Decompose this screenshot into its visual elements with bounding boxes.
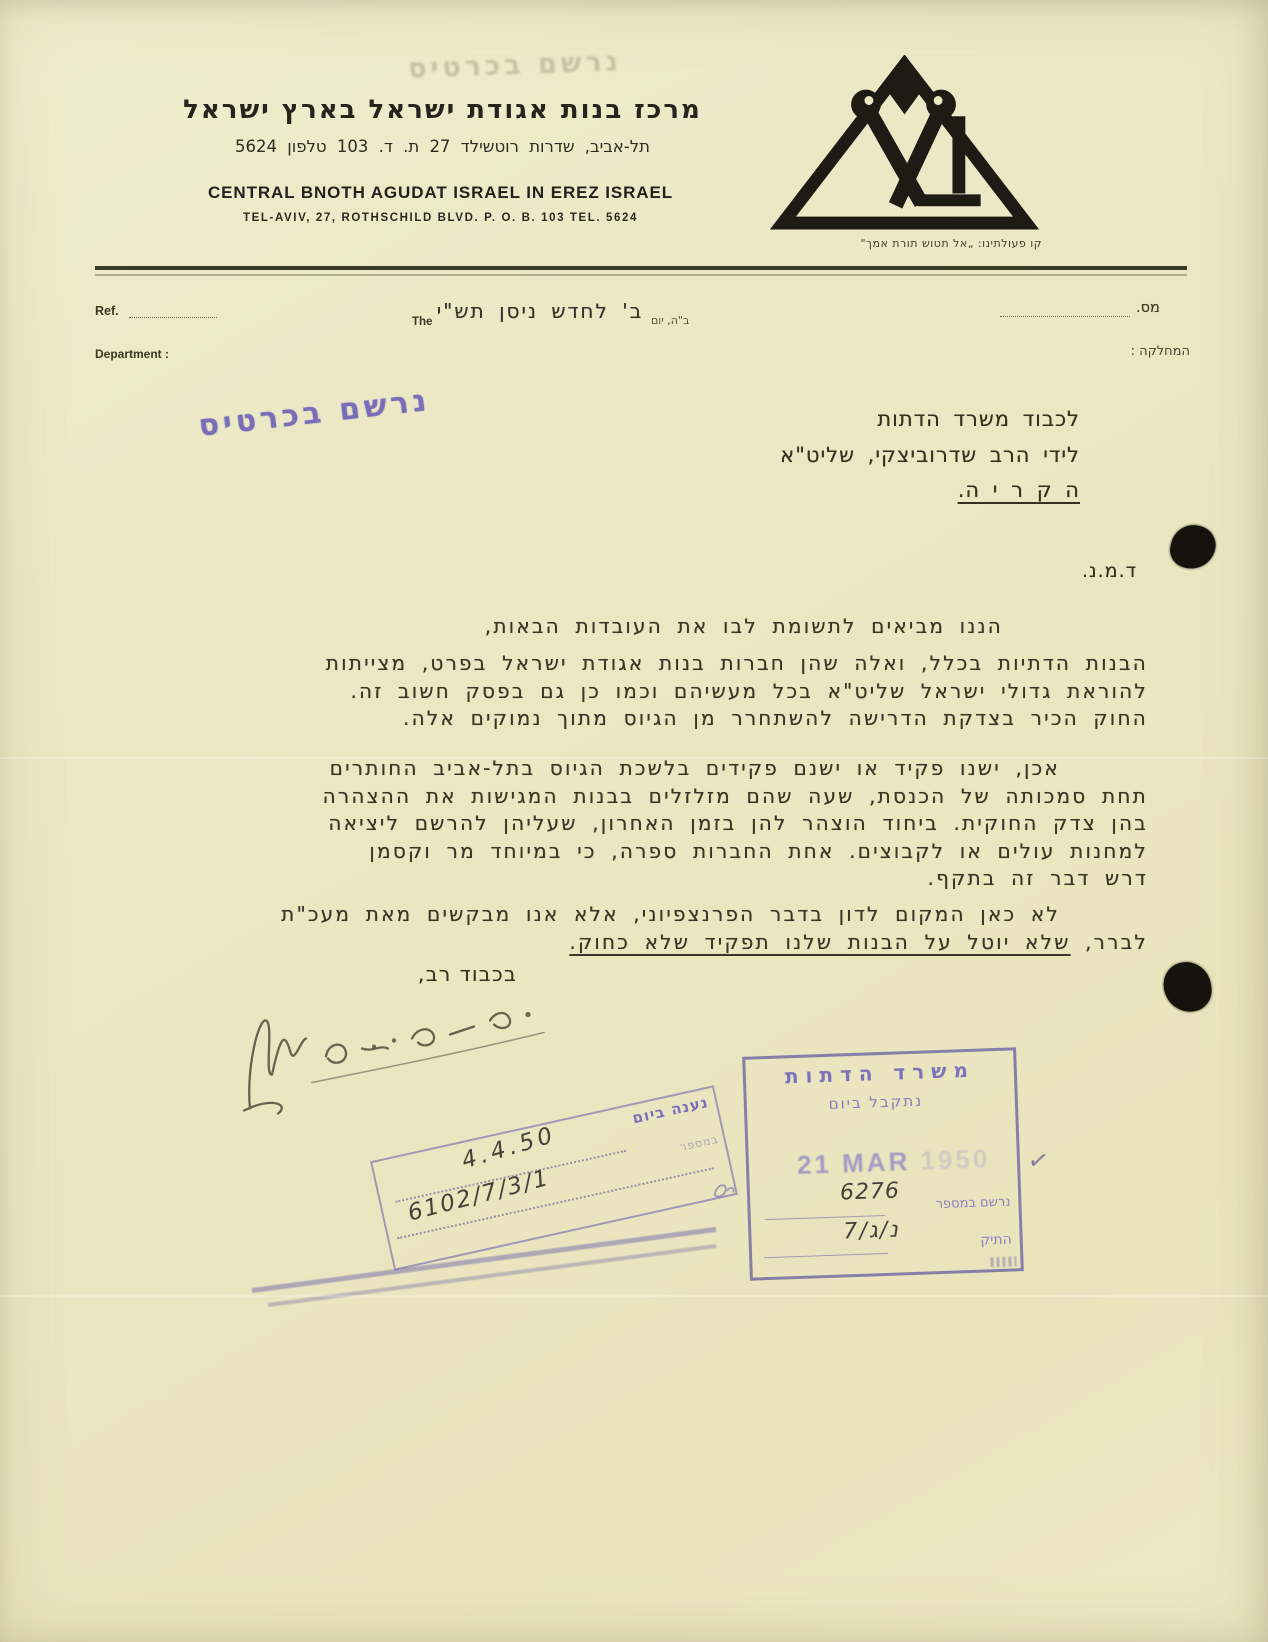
paragraph-line: החוק הכיר בצדקת הדרישה להשתחרר מן הגיוס … (326, 705, 1148, 733)
ref-dotted-line (129, 303, 217, 318)
answered-number-handwritten: 6102/7/3/1 (405, 1165, 553, 1227)
closing-phrase: בכבוד רב, (418, 962, 517, 986)
salutation-abbreviation: ד.מ.נ. (1082, 560, 1137, 582)
file-number-handwritten: נ/ג/7 (843, 1217, 901, 1244)
paragraph-line: לברר, שלא יוטל על הבנות שלנו תפקיד שלא כ… (281, 929, 1148, 957)
paragraph-line: אכן, ישנו פקיד או ישנם פקידים בלשכת הגיו… (323, 755, 1060, 783)
number-dotted-line (1000, 302, 1130, 317)
scanned-letter-page: נרשם בכרטיס מרכז בנות אגודת ישראל בארץ י… (0, 0, 1268, 1642)
divider-rule-thin (95, 274, 1187, 276)
handwritten-signature (222, 988, 592, 1118)
answered-on-label: נענה ביום (631, 1093, 710, 1127)
paragraph-line-prefix: לברר, (1071, 930, 1148, 954)
body-paragraph-1: הבנות הדתיות בכלל, ואלה שהן חברות בנות א… (326, 650, 1148, 733)
body-paragraph-3: לא כאן המקום לדון בדבר הפרנצפיוני, אלא א… (281, 901, 1148, 956)
paragraph-line: הבנות הדתיות בכלל, ואלה שהן חברות בנות א… (326, 650, 1148, 678)
typed-date: ב' לחדש ניסן תש"י (430, 299, 650, 323)
received-stamp-line (764, 1253, 888, 1258)
faint-card-index-stamp: נרשם בכרטיס (408, 46, 623, 84)
received-on-label: נתקבל ביום (747, 1088, 1015, 1115)
received-date-stamp: 21 MAR 1950 (796, 1143, 990, 1181)
paragraph-line: לא כאן המקום לדון בדבר הפרנצפיוני, אלא א… (281, 901, 1060, 929)
ref-label: Ref. (95, 304, 119, 318)
paper-crease (0, 757, 1268, 759)
divider-rule (95, 266, 1187, 270)
registered-number-handwritten: 6276 (840, 1178, 901, 1205)
clerk-initial-squiggle (706, 1173, 741, 1205)
recipient-line-1: לכבוד משרד הדתות (780, 402, 1080, 438)
punch-hole (1160, 958, 1215, 1015)
org-address-english: TEL-AVIV, 27, ROTHSCHILD BLVD. P. O. B. … (168, 212, 713, 224)
received-stamp: משרד הדתות נתקבל ביום 21 MAR 1950 נרשם ב… (742, 1047, 1024, 1280)
ministry-of-religions-title: משרד הדתות (745, 1056, 1014, 1089)
recipient-block: לכבוד משרד הדתות לידי הרב שדרוביצקי, שלי… (780, 402, 1080, 509)
department-label-english: Department : (95, 347, 169, 361)
underlined-request: שלא יוטל על הבנות שלנו תפקיד שלא כחוק. (569, 930, 1070, 954)
checkmark-annotation: ✓ (1026, 1144, 1052, 1176)
motto-text: קו פעולתינו: „אל תטוש תורת אמך" (752, 237, 1042, 250)
received-date-year: 1950 (920, 1143, 991, 1175)
org-name-english: CENTRAL BNOTH AGUDAT ISRAEL IN EREZ ISRA… (168, 183, 713, 203)
paragraph-line: להוראת גדולי ישראל שליט"א בכל מעשיהם וכמ… (326, 678, 1148, 706)
org-address-hebrew: תל-אביב, שדרות רוטשילד 27 ת. ד. 103 טלפו… (175, 137, 710, 156)
paragraph-line: בהן צדק החוקית. ביחוד הוצהר להן בזמן האח… (323, 810, 1148, 838)
bh-date-prefix-label: ב"ה, יום (651, 314, 689, 327)
card-index-stamp: נרשם בכרטיס (197, 383, 432, 444)
body-paragraph-2: אכן, ישנו פקיד או ישנם פקידים בלשכת הגיו… (323, 755, 1148, 893)
ink-smudge-line (268, 1244, 717, 1307)
punch-hole (1166, 520, 1220, 574)
number-label: מס. (1136, 300, 1160, 316)
answered-number-label: במספר (679, 1133, 720, 1154)
paragraph-line: תחת סמכותה של הכנסת, שעה שהם מזלזלים בבנ… (323, 783, 1148, 811)
organization-logo (762, 55, 1047, 233)
org-name-hebrew: מרכז בנות אגודת ישראל בארץ ישראל (175, 95, 710, 125)
registered-number-label: נרשם במספר (935, 1195, 1010, 1213)
paragraph-line: למחנות עולים או לקבוצים. אחת החברות ספרה… (323, 838, 1148, 866)
received-date-day-month: 21 MAR (796, 1146, 910, 1180)
stamp-corner-marks (990, 1256, 1016, 1267)
recipient-city: ה ק ר י ה. (780, 473, 1080, 509)
body-opening-line: הננו מביאים לתשומת לבו את העובדות הבאות, (485, 613, 1003, 641)
file-label: התיק (980, 1232, 1012, 1249)
paper-crease (0, 1295, 1268, 1297)
paragraph-line: דרש דבר זה בתקף. (323, 865, 1148, 893)
department-label-hebrew: המחלקה : (1093, 344, 1190, 359)
body-opening: הננו מביאים לתשומת לבו את העובדות הבאות, (485, 613, 1148, 641)
recipient-line-2: לידי הרב שדרוביצקי, שליט"א (780, 438, 1080, 474)
